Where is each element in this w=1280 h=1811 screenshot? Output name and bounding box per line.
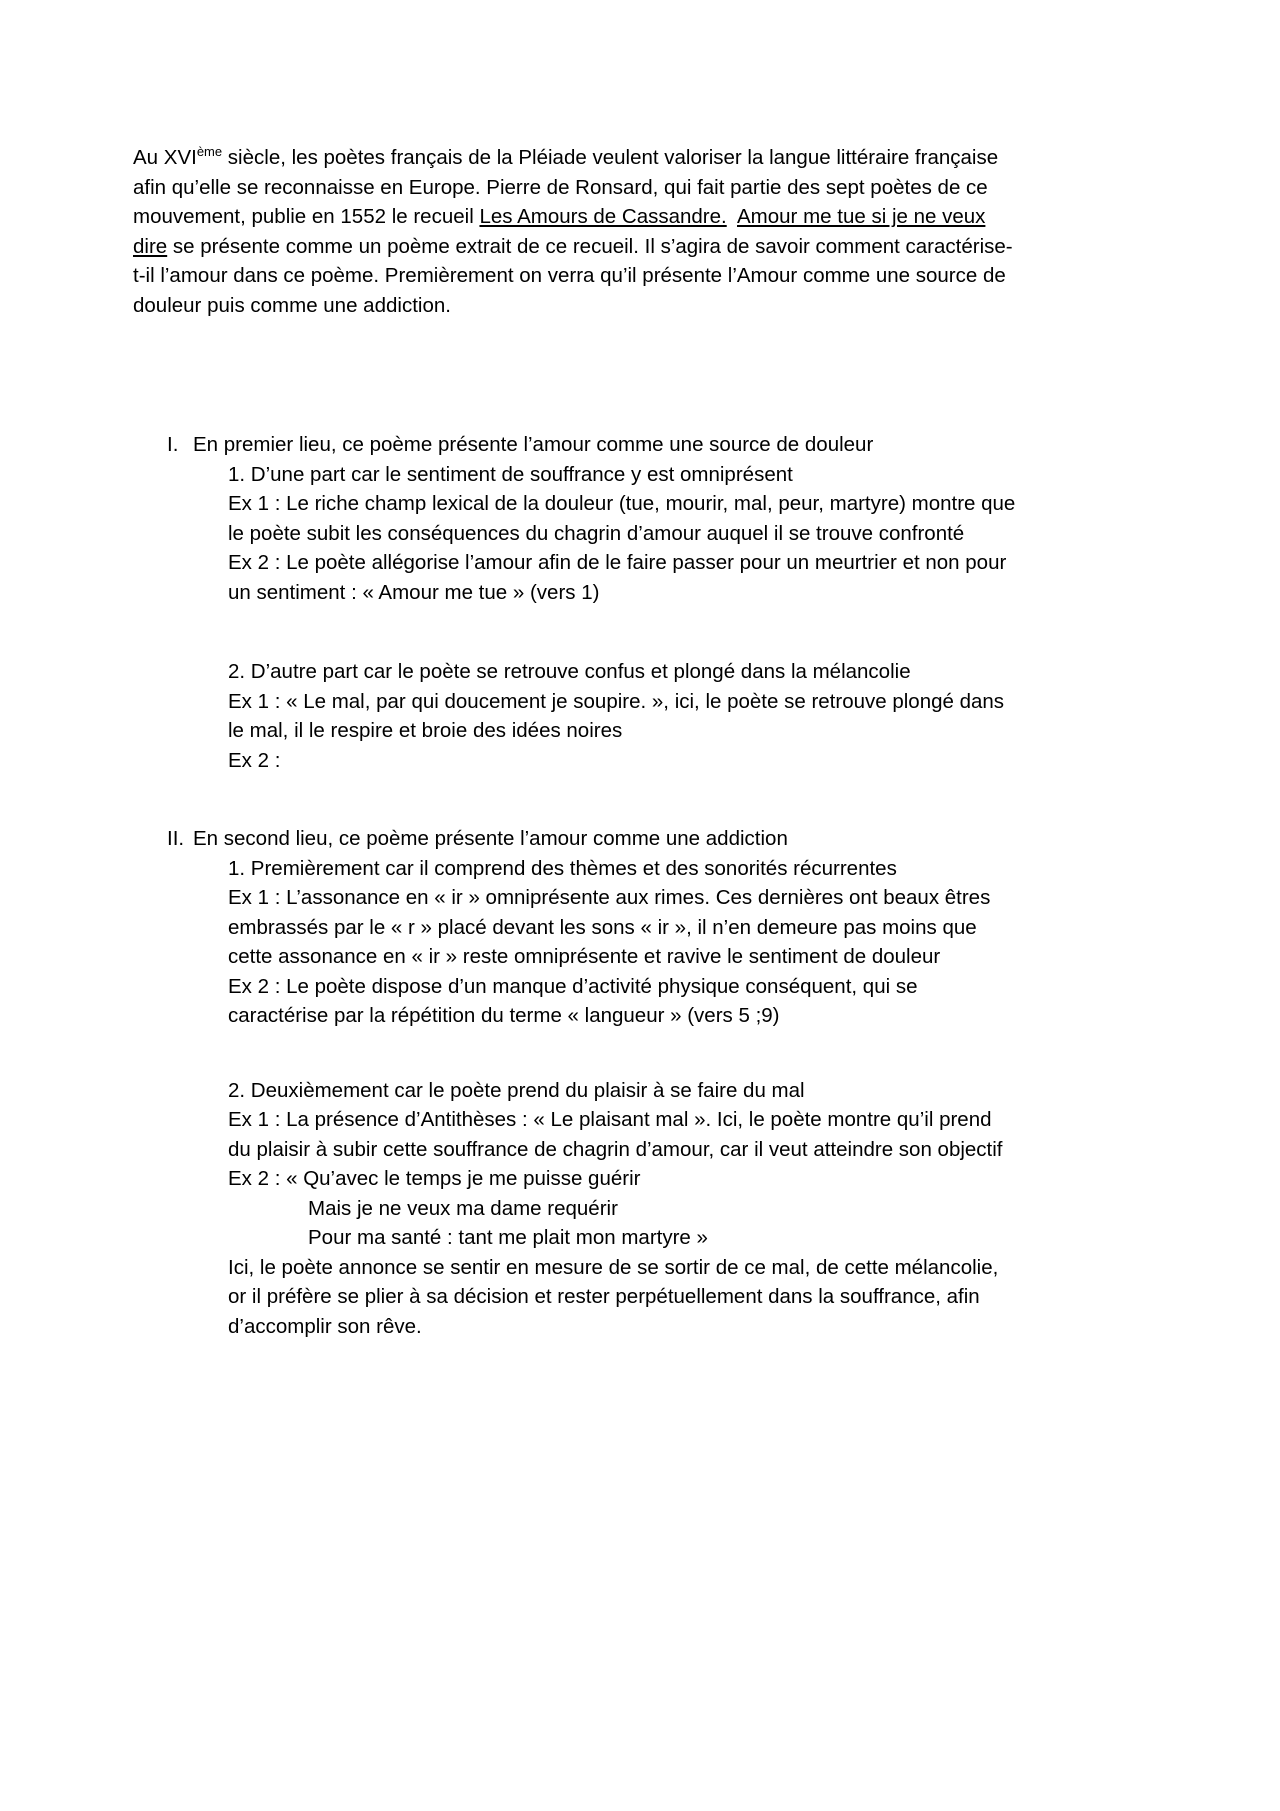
section-2-heading-row: II.En second lieu, ce poème présente l’a… bbox=[167, 824, 1017, 854]
title-gap bbox=[727, 205, 737, 228]
section-2-example-2-2-quote-line-3: Pour ma santé : tant me plait mon martyr… bbox=[308, 1223, 1017, 1253]
section-1-point-1: 1. D’une part car le sentiment de souffr… bbox=[228, 460, 1017, 490]
section-1-example-2-1: Ex 1 : « Le mal, par qui doucement je so… bbox=[228, 687, 1017, 746]
section-2-numeral: II. bbox=[167, 824, 193, 854]
ordinal-superscript: ème bbox=[197, 144, 222, 159]
section-2-conclusion: Ici, le poète annonce se sentir en mesur… bbox=[228, 1253, 1017, 1342]
section-2-example-1-1: Ex 1 : L’assonance en « ir » omniprésent… bbox=[228, 883, 1017, 972]
section-2-example-2-2-quote-line-2: Mais je ne veux ma dame requérir bbox=[308, 1194, 1017, 1224]
outline-section-2: II.En second lieu, ce poème présente l’a… bbox=[133, 824, 1017, 1341]
section-1-heading: En premier lieu, ce poème présente l’amo… bbox=[193, 433, 873, 456]
intro-text-start: Au XVI bbox=[133, 146, 197, 169]
section-2-example-1-2: Ex 2 : Le poète dispose d’un manque d’ac… bbox=[228, 972, 1017, 1031]
section-1-point-2: 2. D’autre part car le poète se retrouve… bbox=[228, 657, 1017, 687]
section-1-example-2-2: Ex 2 : bbox=[228, 746, 1017, 776]
section-1-example-1-2: Ex 2 : Le poète allégorise l’amour afin … bbox=[228, 548, 1017, 607]
section-2-example-2-1: Ex 1 : La présence d’Antithèses : « Le p… bbox=[228, 1105, 1017, 1164]
section-1-heading-row: I.En premier lieu, ce poème présente l’a… bbox=[167, 430, 1017, 460]
section-2-example-2-2-quote-line-1: Ex 2 : « Qu’avec le temps je me puisse g… bbox=[228, 1164, 1017, 1194]
intro-paragraph: Au XVIème siècle, les poètes français de… bbox=[133, 143, 1017, 320]
section-1-example-1-1: Ex 1 : Le riche champ lexical de la doul… bbox=[228, 489, 1017, 548]
document-page: Au XVIème siècle, les poètes français de… bbox=[0, 0, 1280, 1811]
section-2-heading: En second lieu, ce poème présente l’amou… bbox=[193, 827, 788, 850]
book-title: Les Amours de Cassandre. bbox=[479, 205, 726, 228]
outline-section-1: I.En premier lieu, ce poème présente l’a… bbox=[133, 430, 1017, 775]
intro-text-end: se présente comme un poème extrait de ce… bbox=[133, 235, 1013, 317]
section-2-point-2: 2. Deuxièmement car le poète prend du pl… bbox=[228, 1076, 1017, 1106]
section-1-numeral: I. bbox=[167, 430, 193, 460]
section-2-point-1: 1. Premièrement car il comprend des thèm… bbox=[228, 854, 1017, 884]
